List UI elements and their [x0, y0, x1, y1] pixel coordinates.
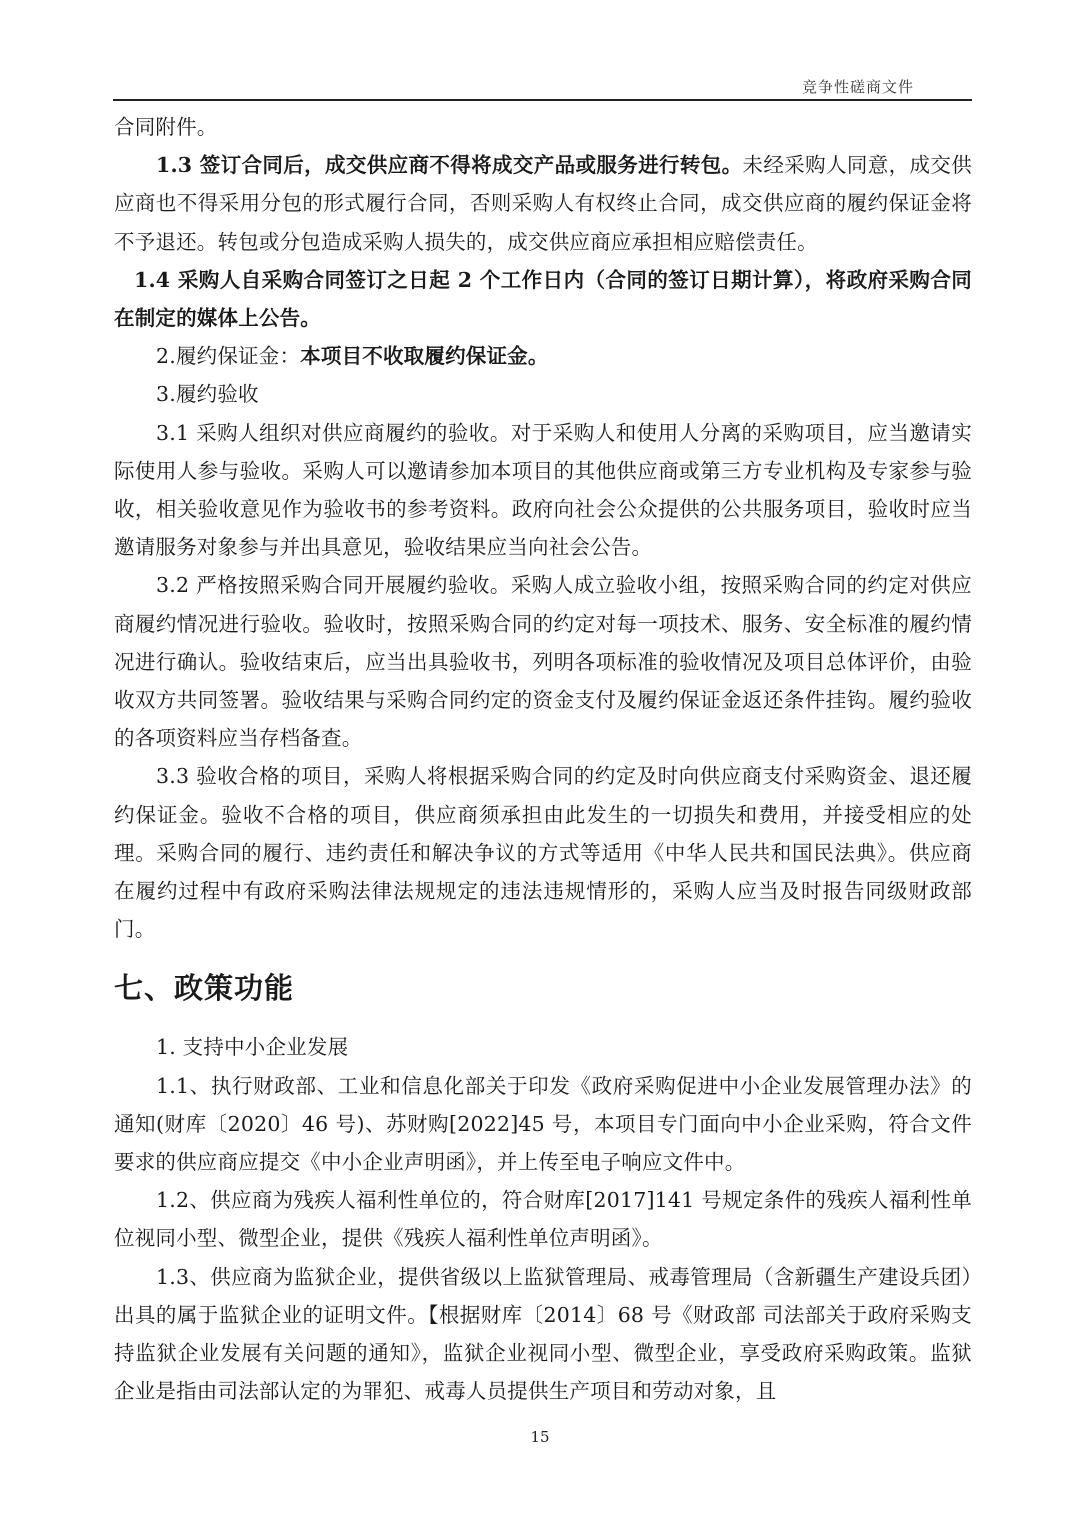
performance-bond-label: 2.履约保证金： [156, 344, 300, 368]
document-body: 合同附件。 1.3 签订合同后，成交供应商不得将成交产品或服务进行转包。未经采购… [114, 108, 972, 1411]
policy-item-1-3: 1.3、供应商为监狱企业，提供省级以上监狱管理局、戒毒管理局（含新疆生产建设兵团… [114, 1258, 972, 1411]
performance-bond-value: 本项目不收取履约保证金。 [300, 344, 548, 368]
paragraph-1-4: 1.4 采购人自采购合同签订之日起 2 个工作日内（合同的签订日期计算），将政府… [114, 261, 972, 337]
paragraph-performance-bond: 2.履约保证金：本项目不收取履约保证金。 [114, 337, 972, 375]
paragraph-3-1: 3.1 采购人组织对供应商履约的验收。对于采购人和使用人分离的采购项目，应当邀请… [114, 414, 972, 567]
policy-item-1: 1. 支持中小企业发展 [114, 1028, 972, 1066]
paragraph-acceptance-heading: 3.履约验收 [114, 375, 972, 413]
paragraph-1-3-bold: 1.3 签订合同后，成交供应商不得将成交产品或服务进行转包。 [156, 153, 743, 177]
paragraph-contract-attachment: 合同附件。 [114, 108, 972, 146]
paragraph-3-2: 3.2 严格按照采购合同开展履约验收。采购人成立验收小组，按照采购合同的约定对供… [114, 566, 972, 757]
page-number: 15 [0, 1428, 1080, 1446]
policy-item-1-1: 1.1、执行财政部、工业和信息化部关于印发《政府采购促进中小企业发展管理办法》的… [114, 1067, 972, 1182]
header-rule [113, 99, 972, 101]
section-title-policy: 七、政策功能 [114, 968, 972, 1008]
paragraph-1-3: 1.3 签订合同后，成交供应商不得将成交产品或服务进行转包。未经采购人同意，成交… [114, 146, 972, 261]
document-page: 竞争性磋商文件 合同附件。 1.3 签订合同后，成交供应商不得将成交产品或服务进… [0, 0, 1080, 1527]
policy-item-1-2: 1.2、供应商为残疾人福利性单位的，符合财库[2017]141 号规定条件的残疾… [114, 1181, 972, 1257]
paragraph-3-3: 3.3 验收合格的项目，采购人将根据采购合同的约定及时向供应商支付采购资金、退还… [114, 757, 972, 948]
running-header: 竞争性磋商文件 [113, 76, 972, 100]
